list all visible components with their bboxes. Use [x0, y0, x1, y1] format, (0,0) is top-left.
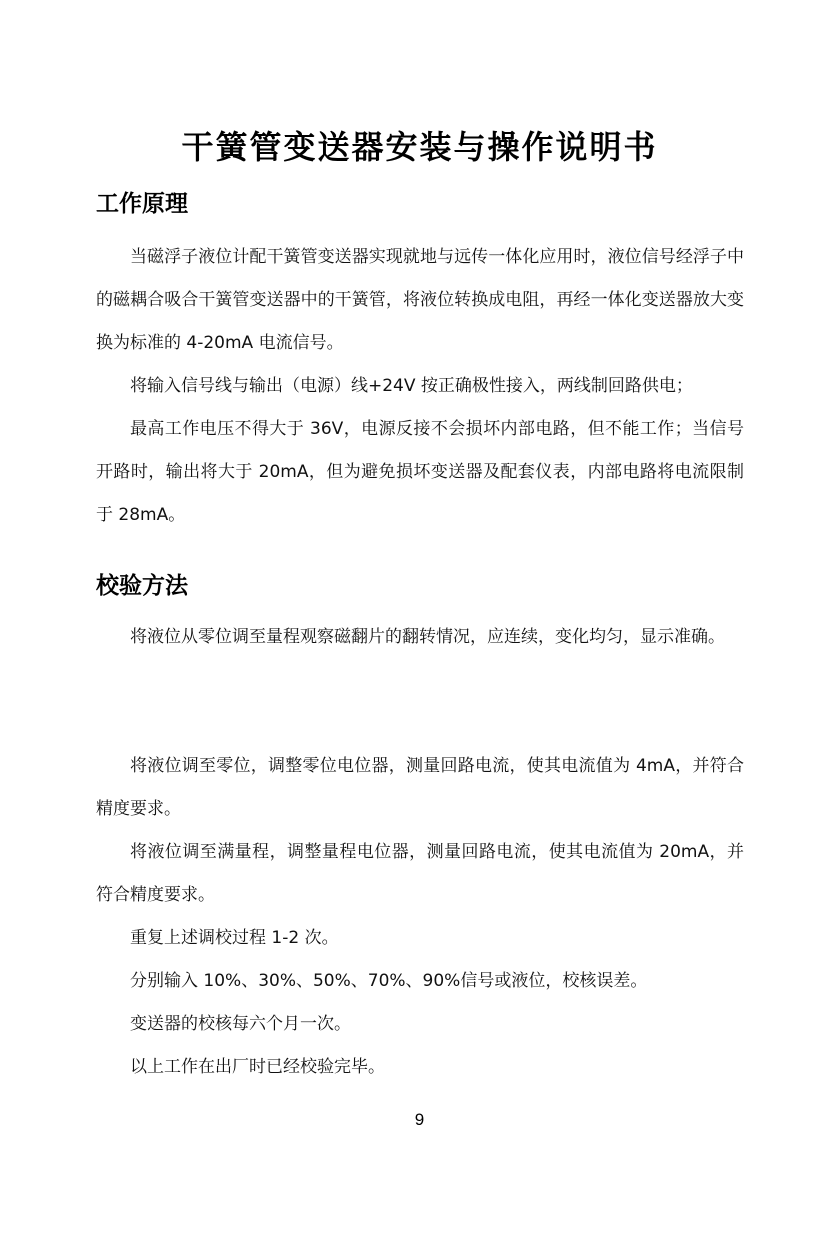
- paragraph: 以上工作在出厂时已经校验完毕。: [96, 1046, 744, 1089]
- section-heading-working-principle: 工作原理: [96, 188, 188, 220]
- paragraph: 将液位调至零位，调整零位电位器，测量回路电流，使其电流值为 4mA，并符合精度要…: [96, 745, 744, 831]
- page-number: 9: [0, 1110, 839, 1130]
- paragraph: 最高工作电压不得大于 36V，电源反接不会损坏内部电路，但不能工作；当信号开路时…: [96, 408, 744, 537]
- paragraph: 分别输入 10%、30%、50%、70%、90%信号或液位，校核误差。: [96, 960, 744, 1003]
- paragraph: 当磁浮子液位计配干簧管变送器实现就地与远传一体化应用时，液位信号经浮子中的磁耦合…: [96, 236, 744, 365]
- document-page: 干簧管变送器安装与操作说明书 工作原理 当磁浮子液位计配干簧管变送器实现就地与远…: [0, 0, 839, 1240]
- section-heading-calibration-method: 校验方法: [96, 570, 188, 602]
- paragraph: 将输入信号线与输出（电源）线+24V 按正确极性接入，两线制回路供电；: [96, 365, 744, 408]
- paragraph: 重复上述调校过程 1-2 次。: [96, 917, 744, 960]
- paragraph: 变送器的校核每六个月一次。: [96, 1003, 744, 1046]
- paragraph: 将液位调至满量程，调整量程电位器，测量回路电流，使其电流值为 20mA，并符合精…: [96, 831, 744, 917]
- document-title: 干簧管变送器安装与操作说明书: [0, 125, 839, 169]
- paragraph: 将液位从零位调至量程观察磁翻片的翻转情况，应连续，变化均匀，显示准确。: [96, 616, 744, 659]
